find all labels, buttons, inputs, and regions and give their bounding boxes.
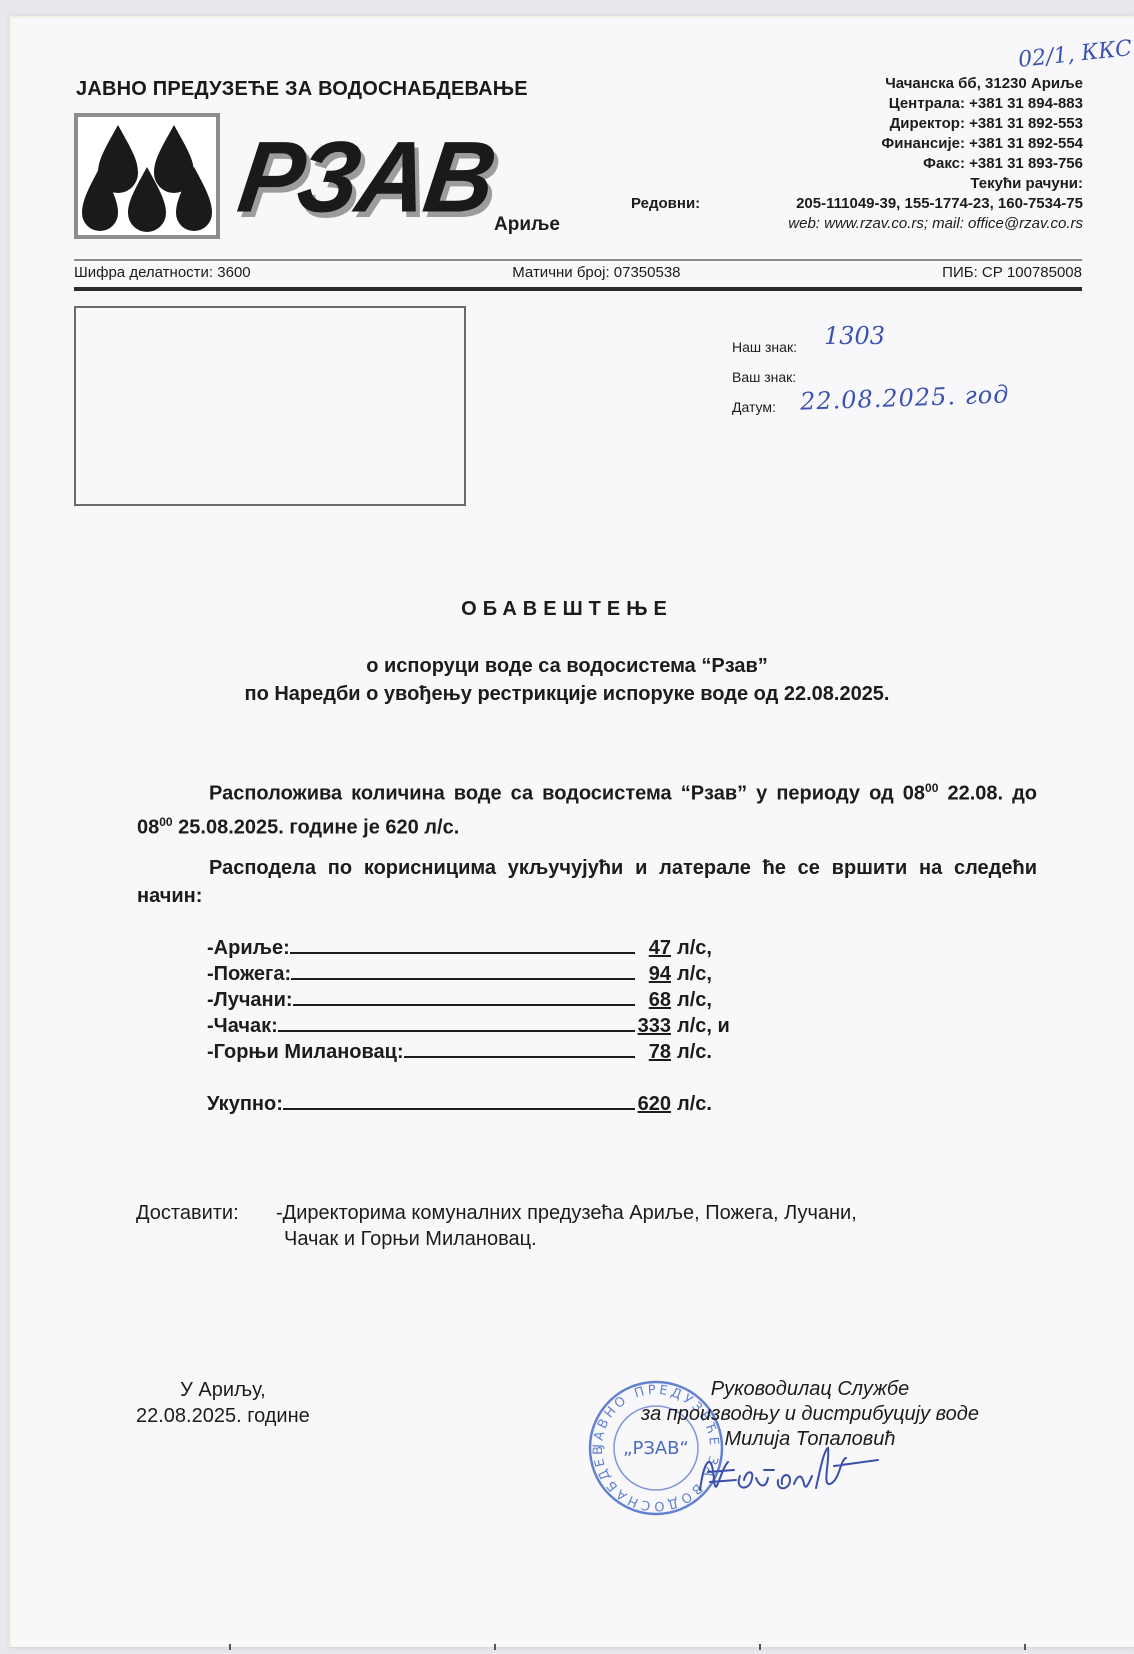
accounts: 205-111049-39, 155-1774-23, 160-7534-75	[788, 194, 1083, 214]
reference-block: Наш знак: Ваш знак: Датум:	[732, 332, 797, 422]
page-tick	[759, 1644, 761, 1650]
registration-number: Матични број: 07350538	[512, 264, 680, 281]
flow-value: 620	[635, 1091, 671, 1117]
page-tick	[494, 1644, 496, 1650]
p1-sup: 00	[925, 781, 938, 795]
signature-icon	[690, 1440, 880, 1515]
closing-date: 22.08.2025. године	[136, 1403, 310, 1429]
fill-line	[291, 960, 635, 980]
phone-central: Централа: +381 31 894-883	[788, 94, 1083, 114]
recipient-name: -Чачак:	[207, 1013, 278, 1039]
signer-title-1: Руководилац Службе	[620, 1377, 1000, 1402]
divider-thick	[74, 287, 1082, 291]
organization-name: ЈАВНО ПРЕДУЗЕЋЕ ЗА ВОДОСНАБДЕВАЊЕ	[76, 78, 528, 101]
document-subtitle: о испоруци воде са водосистема “Рзав” по…	[0, 652, 1134, 708]
fill-line	[293, 986, 635, 1006]
flow-value: 68	[635, 987, 671, 1013]
delivery-block: Доставити:-Директорима комуналних предуз…	[136, 1200, 857, 1252]
activity-code: Шифра делатности: 3600	[74, 264, 251, 281]
distribution-total-row: Укупно:620л/с.	[207, 1090, 677, 1116]
document-title: ОБАВЕШТЕЊЕ	[0, 598, 1134, 621]
fill-line	[290, 934, 635, 954]
web-mail: web: www.rzav.co.rs; mail: office@rzav.c…	[788, 214, 1083, 234]
recipient-address-box	[74, 306, 466, 506]
subtitle-line-1: о испоруци воде са водосистема “Рзав”	[0, 652, 1134, 680]
distribution-row: -Ариље:47л/с,	[207, 934, 677, 960]
delivery-line-2: Чачак и Горњи Милановац.	[136, 1226, 857, 1252]
address: Чачанска бб, 31230 Ариље	[788, 74, 1083, 94]
phone-director: Директор: +381 31 892-553	[788, 114, 1083, 134]
page-tick	[229, 1644, 231, 1650]
distribution-row: -Пожега:94л/с,	[207, 960, 677, 986]
subtitle-line-2: по Наредби о увођењу рестрикције испорук…	[0, 680, 1134, 708]
flow-value: 94	[635, 961, 671, 987]
p1-text-c: 25.08.2025. године је 620 л/с.	[173, 816, 460, 838]
flow-value: 333	[635, 1013, 671, 1039]
fill-line	[283, 1090, 635, 1110]
p1-sup: 00	[159, 815, 172, 829]
place: У Ариљу,	[136, 1377, 310, 1403]
logo-drops-icon	[74, 113, 220, 239]
tax-id: ПИБ: СР 100785008	[942, 264, 1082, 281]
recipient-name: -Ариље:	[207, 935, 290, 961]
your-ref-label: Ваш знак:	[732, 362, 797, 392]
delivery-line-1: -Директорима комуналних предузећа Ариље,…	[276, 1202, 857, 1224]
delivery-label: Доставити:	[136, 1200, 276, 1226]
accounts-title: Текући рачуни:	[788, 174, 1083, 194]
date-label: Датум:	[732, 392, 797, 422]
registration-line: Шифра делатности: 3600 Матични број: 073…	[74, 264, 1082, 281]
our-ref-value: 1303	[824, 322, 885, 350]
fill-line	[278, 1012, 635, 1032]
place-date: У Ариљу, 22.08.2025. године	[136, 1377, 310, 1429]
recipient-name: -Горњи Милановац:	[207, 1039, 404, 1065]
accounts-label: Редовни:	[631, 195, 700, 212]
distribution-list: -Ариље:47л/с,-Пожега:94л/с,-Лучани:68л/с…	[207, 934, 677, 1116]
our-ref-label: Наш знак:	[732, 332, 797, 362]
phone-finance: Финансије: +381 31 892-554	[788, 134, 1083, 154]
signer-title-2: за производњу и дистрибуцију воде	[620, 1402, 1000, 1427]
paragraph-distribution: Расподела по корисницима укључујући и ла…	[137, 854, 1037, 910]
distribution-row: -Лучани:68л/с,	[207, 986, 677, 1012]
contact-block: Чачанска бб, 31230 Ариље Централа: +381 …	[788, 74, 1083, 234]
recipient-name: -Лучани:	[207, 987, 293, 1013]
p2-text: Расподела по корисницима укључујући и ла…	[137, 857, 1037, 907]
flow-value: 78	[635, 1039, 671, 1065]
brand-city: Ариље	[494, 214, 560, 236]
paragraph-availability: Расположива количина воде са водосистема…	[137, 774, 1037, 841]
recipient-name: -Пожега:	[207, 961, 291, 987]
divider	[74, 259, 1082, 261]
distribution-row: -Чачак:333л/с, и	[207, 1012, 677, 1038]
fill-line	[404, 1038, 635, 1058]
recipient-name: Укупно:	[207, 1091, 283, 1117]
flow-value: 47	[635, 935, 671, 961]
page-tick	[1024, 1644, 1026, 1650]
brand-logo-text: РЗАВ	[233, 128, 500, 229]
page-edge	[9, 1647, 1134, 1648]
distribution-row: -Горњи Милановац:78л/с.	[207, 1038, 677, 1064]
p1-text-a: Расположива количина воде са водосистема…	[209, 783, 925, 805]
fax: Факс: +381 31 893-756	[788, 154, 1083, 174]
